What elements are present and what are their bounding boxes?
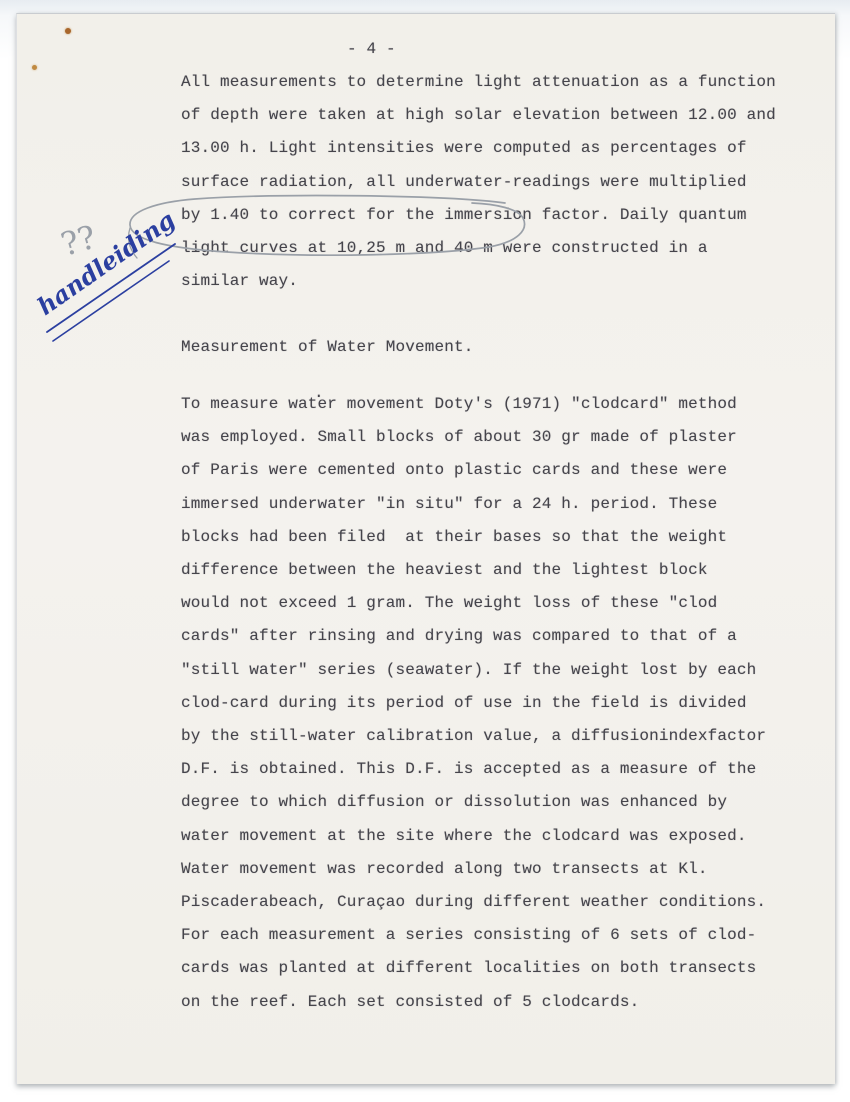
scanned-document: - 4 - All measurements to determine ligh… xyxy=(0,0,850,1102)
handwritten-word: handleiding xyxy=(32,205,180,321)
typewritten-page: - 4 - All measurements to determine ligh… xyxy=(16,13,835,1084)
foxing-stain-spot xyxy=(32,65,37,70)
paragraph-water-movement: To measure water movement Doty's (1971) … xyxy=(181,388,766,1019)
section-heading: Measurement of Water Movement. xyxy=(181,331,474,364)
pencil-question-marks: ?? xyxy=(57,218,100,264)
foxing-stain-spot xyxy=(65,28,71,34)
handwriting-double-underline xyxy=(47,244,175,341)
page-number: - 4 - xyxy=(347,33,396,66)
paragraph-light-measurements: All measurements to determine light atte… xyxy=(181,66,776,298)
